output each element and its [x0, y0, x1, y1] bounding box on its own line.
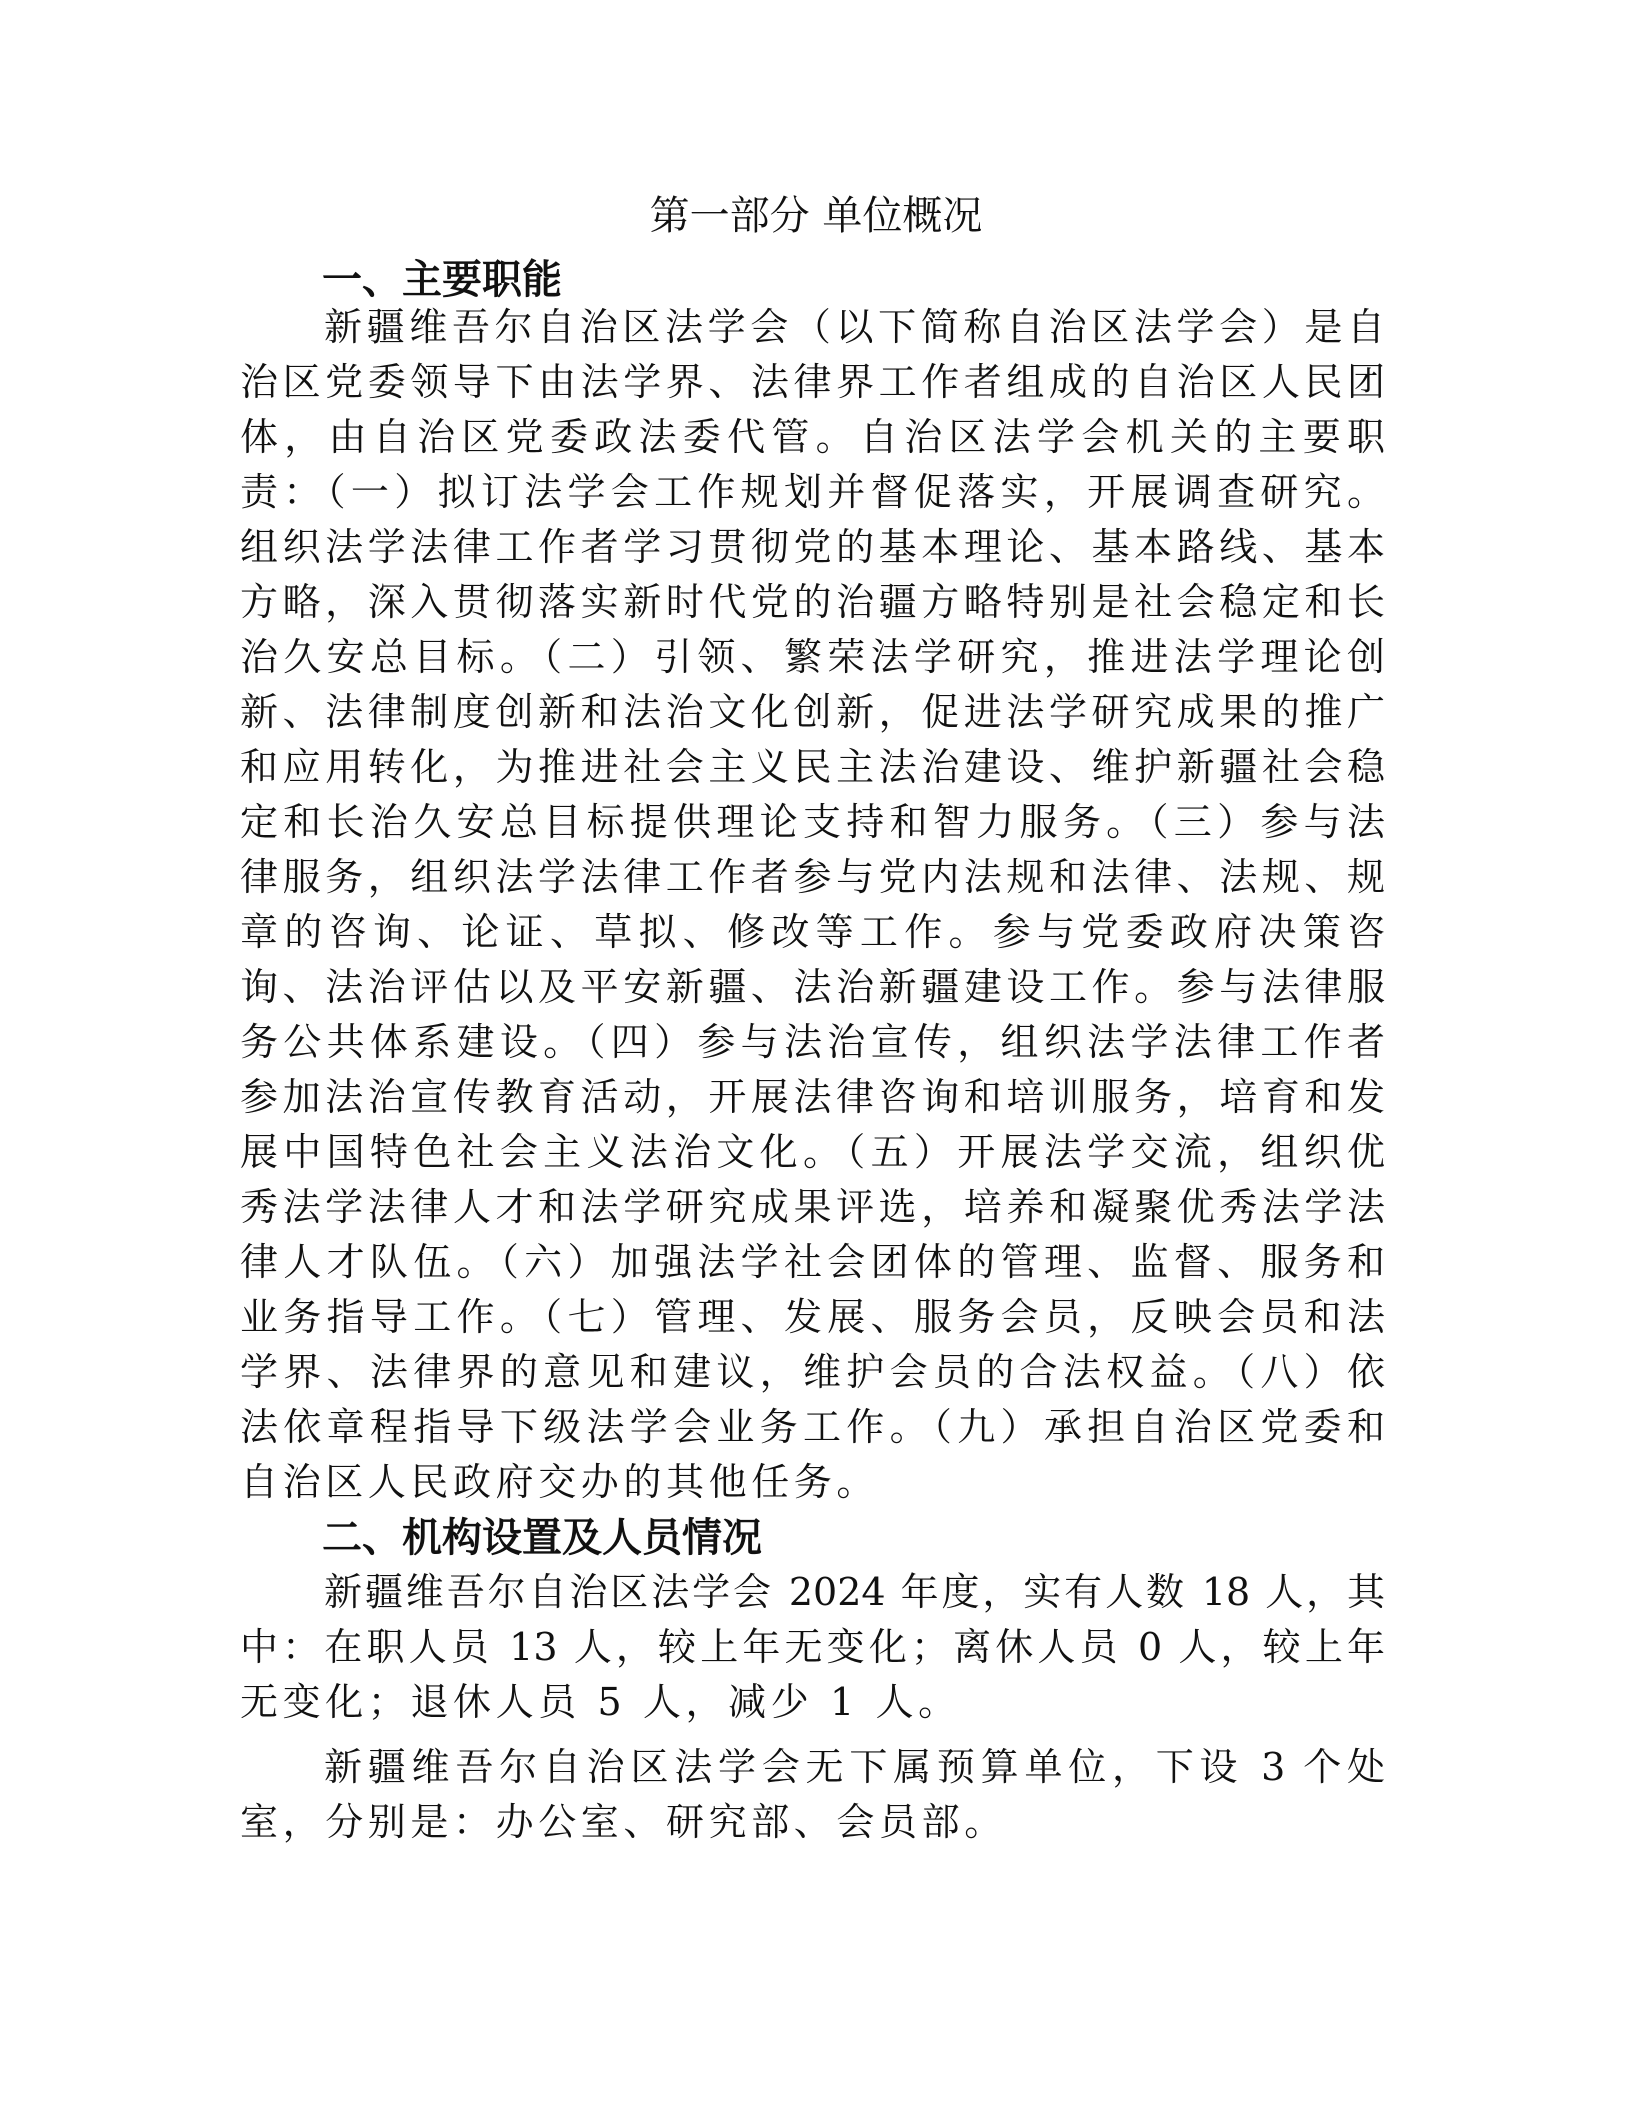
- section-heading-organization-staff: 二、机构设置及人员情况: [322, 1510, 762, 1566]
- text-line: 法依章程指导下级法学会业务工作。（九）承担自治区党委和: [240, 1400, 1385, 1455]
- text-line: 询、法治评估以及平安新疆、法治新疆建设工作。参与法律服: [240, 960, 1385, 1015]
- text-line: 治区党委领导下由法学界、法律界工作者组成的自治区人民团: [240, 355, 1385, 410]
- text-line: 无变化；退休人员 5 人，减少 1 人。: [240, 1675, 1385, 1730]
- text-line: 务公共体系建设。（四）参与法治宣传，组织法学法律工作者: [240, 1015, 1385, 1070]
- text-line: 体，由自治区党委政法委代管。自治区法学会机关的主要职: [240, 410, 1385, 465]
- document-page: 第一部分 单位概况 一、主要职能 新疆维吾尔自治区法学会（以下简称自治区法学会）…: [0, 0, 1632, 2112]
- text-line: 新、法律制度创新和法治文化创新，促进法学研究成果的推广: [240, 685, 1385, 740]
- text-line: 中：在职人员 13 人，较上年无变化；离休人员 0 人，较上年: [240, 1620, 1385, 1675]
- text-line: 业务指导工作。（七）管理、发展、服务会员，反映会员和法: [240, 1290, 1385, 1345]
- text-line: 律人才队伍。（六）加强法学社会团体的管理、监督、服务和: [240, 1235, 1385, 1290]
- text-line: 新疆维吾尔自治区法学会 2024 年度，实有人数 18 人，其: [324, 1565, 1385, 1620]
- text-line: 责：（一）拟订法学会工作规划并督促落实，开展调查研究。: [240, 465, 1385, 520]
- text-line: 定和长治久安总目标提供理论支持和智力服务。（三）参与法: [240, 795, 1385, 850]
- text-line: 治久安总目标。（二）引领、繁荣法学研究，推进法学理论创: [240, 630, 1385, 685]
- text-line: 自治区人民政府交办的其他任务。: [240, 1455, 1385, 1510]
- text-line: 展中国特色社会主义法治文化。（五）开展法学交流，组织优: [240, 1125, 1385, 1180]
- text-line: 组织法学法律工作者学习贯彻党的基本理论、基本路线、基本: [240, 520, 1385, 575]
- text-line: 方略，深入贯彻落实新时代党的治疆方略特别是社会稳定和长: [240, 575, 1385, 630]
- text-line: 律服务，组织法学法律工作者参与党内法规和法律、法规、规: [240, 850, 1385, 905]
- text-line: 新疆维吾尔自治区法学会（以下简称自治区法学会）是自: [324, 300, 1385, 355]
- text-line: 章的咨询、论证、草拟、修改等工作。参与党委政府决策咨: [240, 905, 1385, 960]
- text-line: 学界、法律界的意见和建议，维护会员的合法权益。（八）依: [240, 1345, 1385, 1400]
- text-line: 参加法治宣传教育活动，开展法律咨询和培训服务，培育和发: [240, 1070, 1385, 1125]
- page-title: 第一部分 单位概况: [0, 188, 1632, 244]
- text-line: 秀法学法律人才和法学研究成果评选，培养和凝聚优秀法学法: [240, 1180, 1385, 1235]
- text-line: 新疆维吾尔自治区法学会无下属预算单位，下设 3 个处: [324, 1740, 1385, 1795]
- text-line: 室，分别是：办公室、研究部、会员部。: [240, 1795, 1385, 1850]
- text-line: 和应用转化，为推进社会主义民主法治建设、维护新疆社会稳: [240, 740, 1385, 795]
